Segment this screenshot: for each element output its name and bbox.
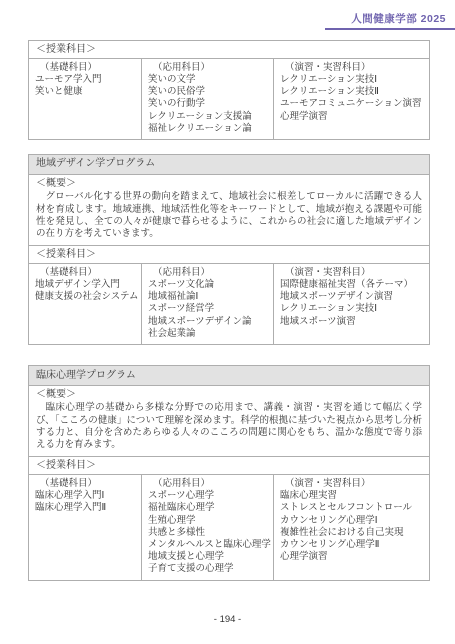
overview-text: 臨床心理学の基礎から多様な分野での応用まで、講義・演習・実習を通じて幅広く学び、… [36, 402, 422, 451]
course-column: （演習・実習科目）レクリエーション実技Ⅰレクリエーション実技Ⅱユーモアコミュニケ… [274, 59, 429, 139]
course-item: 笑いの民俗学 [148, 86, 268, 98]
course-item: 心理学演習 [280, 551, 424, 563]
overview-heading: ＜概要＞ [36, 389, 422, 401]
course-item: ユーモア学入門 [35, 74, 136, 86]
course-item: 臨床心理学入門Ⅰ [35, 490, 136, 502]
course-item: レクリエーション実技Ⅰ [280, 74, 424, 86]
course-columns: （基礎科目）臨床心理学入門Ⅰ臨床心理学入門Ⅱ（応用科目）スポーツ心理学福祉臨床心… [29, 475, 429, 579]
course-column: （応用科目）笑いの文学笑いの民俗学笑いの行動学レクリエーション支援論福祉レクリエ… [141, 59, 274, 139]
program-section: 地域デザイン学プログラム＜概要＞グローバル化する世界の動向を踏まえて、地域社会に… [28, 154, 430, 345]
course-item: 共感と多様性 [148, 527, 268, 539]
course-columns: （基礎科目）ユーモア学入門笑いと健康（応用科目）笑いの文学笑いの民俗学笑いの行動… [29, 59, 429, 139]
program-title-bar: 地域デザイン学プログラム [29, 155, 429, 175]
overview-text: グローバル化する世界の動向を踏まえて、地域社会に根差してローカルに活躍できる人材… [36, 191, 422, 240]
course-item: 健康支援の社会システム [35, 291, 136, 303]
course-item: 子育て支援の心理学 [148, 563, 268, 575]
course-item: カウンセリング心理学Ⅰ [280, 515, 424, 527]
faculty-header-label: 人間健康学部 2025 [351, 11, 446, 26]
course-item: 地域スポーツ演習 [280, 316, 424, 328]
course-category-header: （演習・実習科目） [280, 478, 424, 490]
document-page: 人間健康学部 2025 ＜授業科目＞（基礎科目）ユーモア学入門笑いと健康（応用科… [0, 0, 455, 644]
course-item: 笑いの文学 [148, 74, 268, 86]
courses-heading: ＜授業科目＞ [29, 246, 429, 264]
header-underline [325, 28, 455, 30]
course-item: 地域支援と心理学 [148, 551, 268, 563]
course-column: （基礎科目）臨床心理学入門Ⅰ臨床心理学入門Ⅱ [29, 475, 141, 579]
course-item: 地域スポーツデザイン演習 [280, 291, 424, 303]
course-category-header: （基礎科目） [35, 267, 136, 279]
course-column: （応用科目）スポーツ心理学福祉臨床心理学生殖心理学共感と多様性メンタルヘルスと臨… [141, 475, 274, 579]
course-item: 生殖心理学 [148, 515, 268, 527]
course-item: 国際健康福祉実習（各テーマ） [280, 279, 424, 291]
course-item: メンタルヘルスと臨床心理学 [148, 539, 268, 551]
course-item: ユーモアコミュニケーション演習 [280, 98, 424, 110]
courses-heading: ＜授業科目＞ [29, 457, 429, 475]
courses-heading: ＜授業科目＞ [29, 41, 429, 59]
course-item: 地域デザイン学入門 [35, 279, 136, 291]
program-section: 臨床心理学プログラム＜概要＞臨床心理学の基礎から多様な分野での応用まで、講義・演… [28, 365, 430, 581]
course-item: ストレスとセルフコントロール [280, 502, 424, 514]
course-columns: （基礎科目）地域デザイン学入門健康支援の社会システム（応用科目）スポーツ文化論地… [29, 264, 429, 344]
course-item: レクリエーション支援論 [148, 111, 268, 123]
course-item: カウンセリング心理学Ⅱ [280, 539, 424, 551]
course-category-header: （演習・実習科目） [280, 267, 424, 279]
course-column: （演習・実習科目）国際健康福祉実習（各テーマ）地域スポーツデザイン演習レクリエー… [274, 264, 429, 344]
course-item: 心理学演習 [280, 111, 424, 123]
course-category-header: （基礎科目） [35, 478, 136, 490]
course-category-header: （演習・実習科目） [280, 62, 424, 74]
course-column: （演習・実習科目）臨床心理実習ストレスとセルフコントロールカウンセリング心理学Ⅰ… [274, 475, 429, 579]
course-category-header: （応用科目） [148, 267, 268, 279]
course-item: 福祉レクリエーション論 [148, 123, 268, 135]
course-item: 社会起業論 [148, 328, 268, 340]
page-number: - 194 - [0, 614, 455, 625]
program-overview: ＜概要＞臨床心理学の基礎から多様な分野での応用まで、講義・演習・実習を通じて幅広… [29, 386, 429, 457]
course-item: 福祉臨床心理学 [148, 502, 268, 514]
overview-heading: ＜概要＞ [36, 178, 422, 190]
course-category-header: （基礎科目） [35, 62, 136, 74]
course-item: 臨床心理実習 [280, 490, 424, 502]
course-column: （応用科目）スポーツ文化論地域福祉論Ⅰスポーツ経営学地域スポーツデザイン論社会起… [141, 264, 274, 344]
course-category-header: （応用科目） [148, 62, 268, 74]
course-item: レクリエーション実技Ⅰ [280, 303, 424, 315]
course-item: 笑いの行動学 [148, 98, 268, 110]
course-column: （基礎科目）地域デザイン学入門健康支援の社会システム [29, 264, 141, 344]
course-column: （基礎科目）ユーモア学入門笑いと健康 [29, 59, 141, 139]
course-item: 地域スポーツデザイン論 [148, 316, 268, 328]
course-item: 複雑性社会における自己実現 [280, 527, 424, 539]
course-item: 笑いと健康 [35, 86, 136, 98]
course-category-header: （応用科目） [148, 478, 268, 490]
course-item: レクリエーション実技Ⅱ [280, 86, 424, 98]
course-item: 地域福祉論Ⅰ [148, 291, 268, 303]
program-overview: ＜概要＞グローバル化する世界の動向を踏まえて、地域社会に根差してローカルに活躍で… [29, 175, 429, 246]
course-item: スポーツ心理学 [148, 490, 268, 502]
course-item: 臨床心理学入門Ⅱ [35, 502, 136, 514]
program-title-bar: 臨床心理学プログラム [29, 366, 429, 386]
course-item: スポーツ文化論 [148, 279, 268, 291]
course-item: スポーツ経営学 [148, 303, 268, 315]
sections-container: ＜授業科目＞（基礎科目）ユーモア学入門笑いと健康（応用科目）笑いの文学笑いの民俗… [28, 40, 430, 595]
program-section: ＜授業科目＞（基礎科目）ユーモア学入門笑いと健康（応用科目）笑いの文学笑いの民俗… [28, 40, 430, 140]
